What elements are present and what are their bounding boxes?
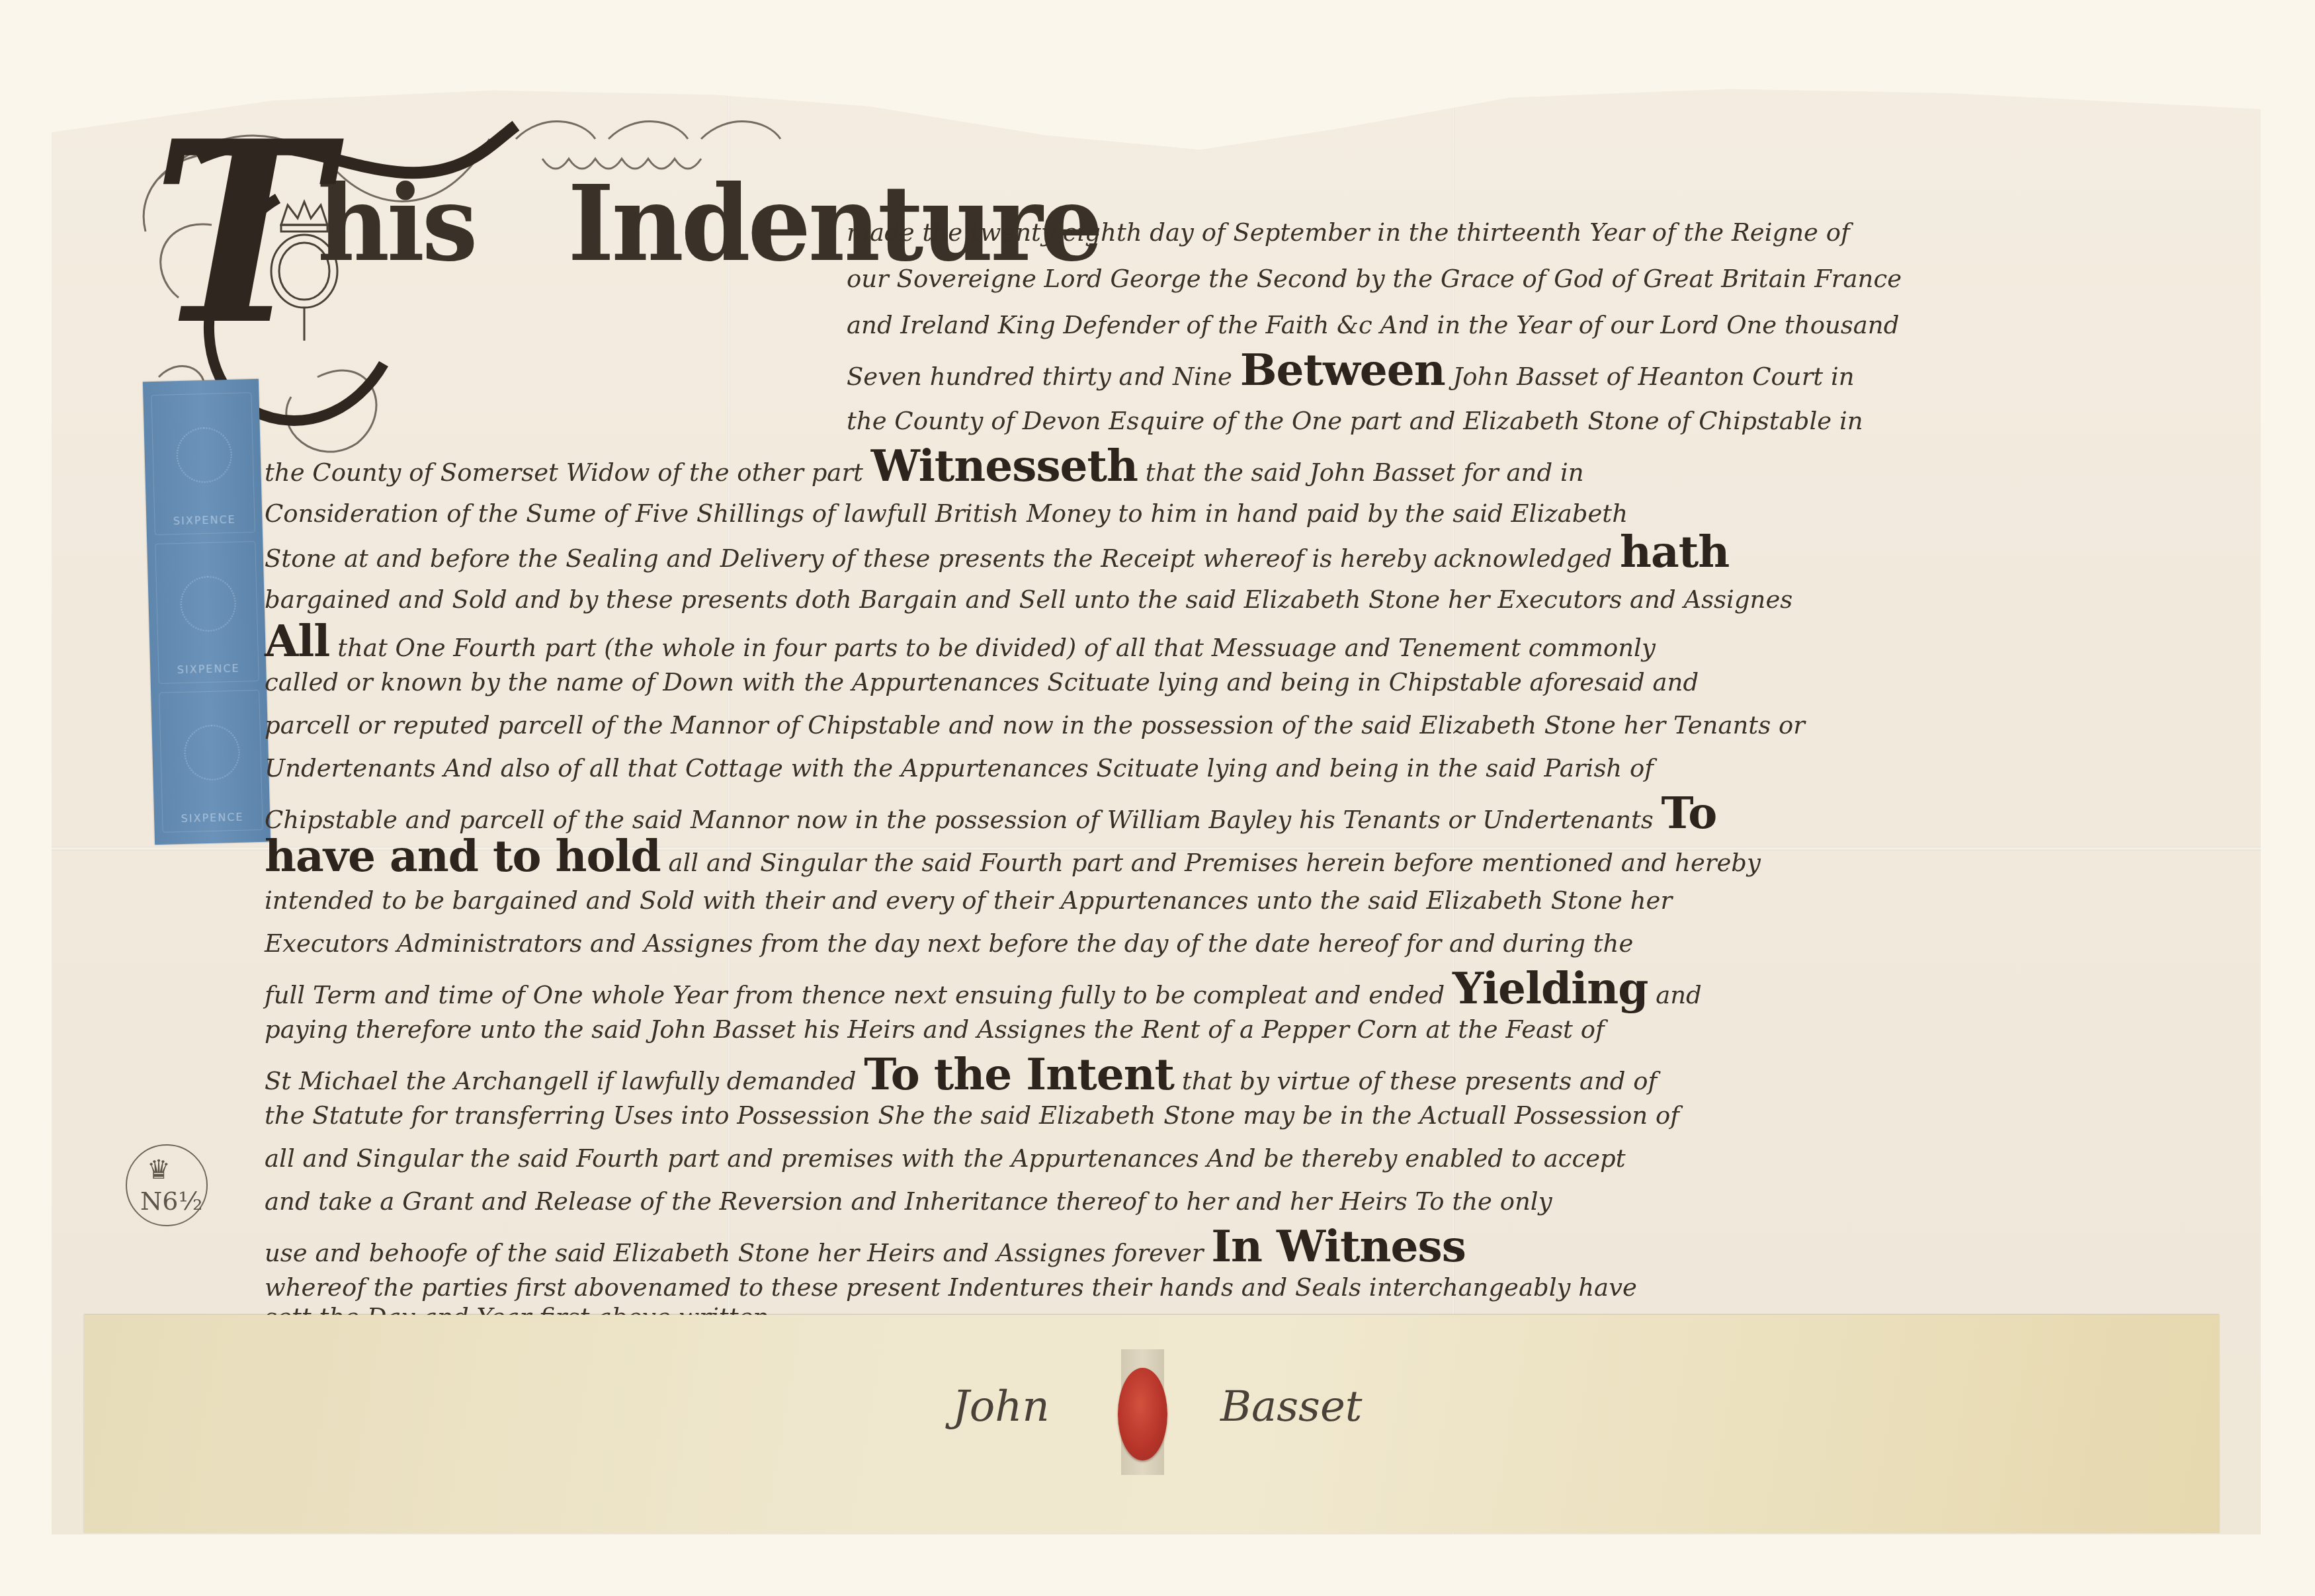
crown-icon: ♛ <box>147 1155 171 1185</box>
text-line: called or known by the name of Down with… <box>265 668 1699 696</box>
text-line: bargained and Sold and by these presents… <box>265 585 1792 614</box>
text-line: made the twenty eighth day of September … <box>847 218 1850 247</box>
text-line: Consideration of the Sume of Five Shilli… <box>265 499 1628 528</box>
text-line: have and to hold all and Singular the sa… <box>265 830 1761 882</box>
keyword-between: Between <box>1240 344 1445 396</box>
text-line: St Michael the Archangell if lawfully de… <box>265 1048 1657 1100</box>
duty-mark-stamp: ♛ N6½ <box>126 1144 208 1226</box>
keyword-yielding: Yielding <box>1452 962 1648 1014</box>
text-line: paying therefore unto the said John Bass… <box>265 1015 1605 1044</box>
duty-mark-value: N6½ <box>140 1187 202 1216</box>
keyword-to-the-intent: To the Intent <box>864 1048 1174 1100</box>
text-line: Executors Administrators and Assignes fr… <box>265 929 1633 958</box>
text-line: our Sovereigne Lord George the Second by… <box>847 265 1902 293</box>
keyword-hath: hath <box>1620 526 1729 577</box>
revenue-stamp: SIXPENCE <box>159 690 263 833</box>
revenue-stamp: SIXPENCE <box>151 392 255 535</box>
keyword-in-witness: In Witness <box>1211 1220 1466 1272</box>
text-line: and take a Grant and Release of the Reve… <box>265 1187 1552 1216</box>
text-line: intended to be bargained and Sold with t… <box>265 886 1672 915</box>
text-line: use and behoofe of the said Elizabeth St… <box>265 1220 1466 1272</box>
text-line: the County of Devon Esquire of the One p… <box>847 407 1863 435</box>
text-line: all and Singular the said Fourth part an… <box>265 1144 1626 1173</box>
text-line: the County of Somerset Widow of the othe… <box>265 440 1584 491</box>
text-line: whereof the parties first abovenamed to … <box>265 1273 1637 1302</box>
text-line: the Statute for transferring Uses into P… <box>265 1101 1679 1130</box>
text-line: full Term and time of One whole Year fro… <box>265 962 1702 1014</box>
text-line: All that One Fourth part (the whole in f… <box>265 615 1656 667</box>
revenue-stamp-strip: SIXPENCE SIXPENCE SIXPENCE <box>143 379 271 845</box>
wax-seal-icon <box>1118 1368 1167 1460</box>
signature-last-name: Basset <box>1220 1382 1362 1431</box>
title-word-his: his <box>317 163 476 285</box>
text-line: Stone at and before the Sealing and Deli… <box>265 526 1729 577</box>
keyword-have-and-to-hold: have and to hold <box>265 830 661 882</box>
signature-first-name: John <box>952 1382 1050 1431</box>
text-line: and Ireland King Defender of the Faith &… <box>847 311 1899 339</box>
revenue-stamp: SIXPENCE <box>155 541 259 684</box>
text-line: Undertenants And also of all that Cottag… <box>265 754 1654 782</box>
keyword-witnesseth: Witnesseth <box>871 440 1138 491</box>
title-initial: T <box>152 86 327 380</box>
text-line: parcell or reputed parcell of the Mannor… <box>265 711 1805 739</box>
text-line: Seven hundred thirty and Nine Between Jo… <box>847 344 1855 396</box>
keyword-all: All <box>265 615 329 667</box>
